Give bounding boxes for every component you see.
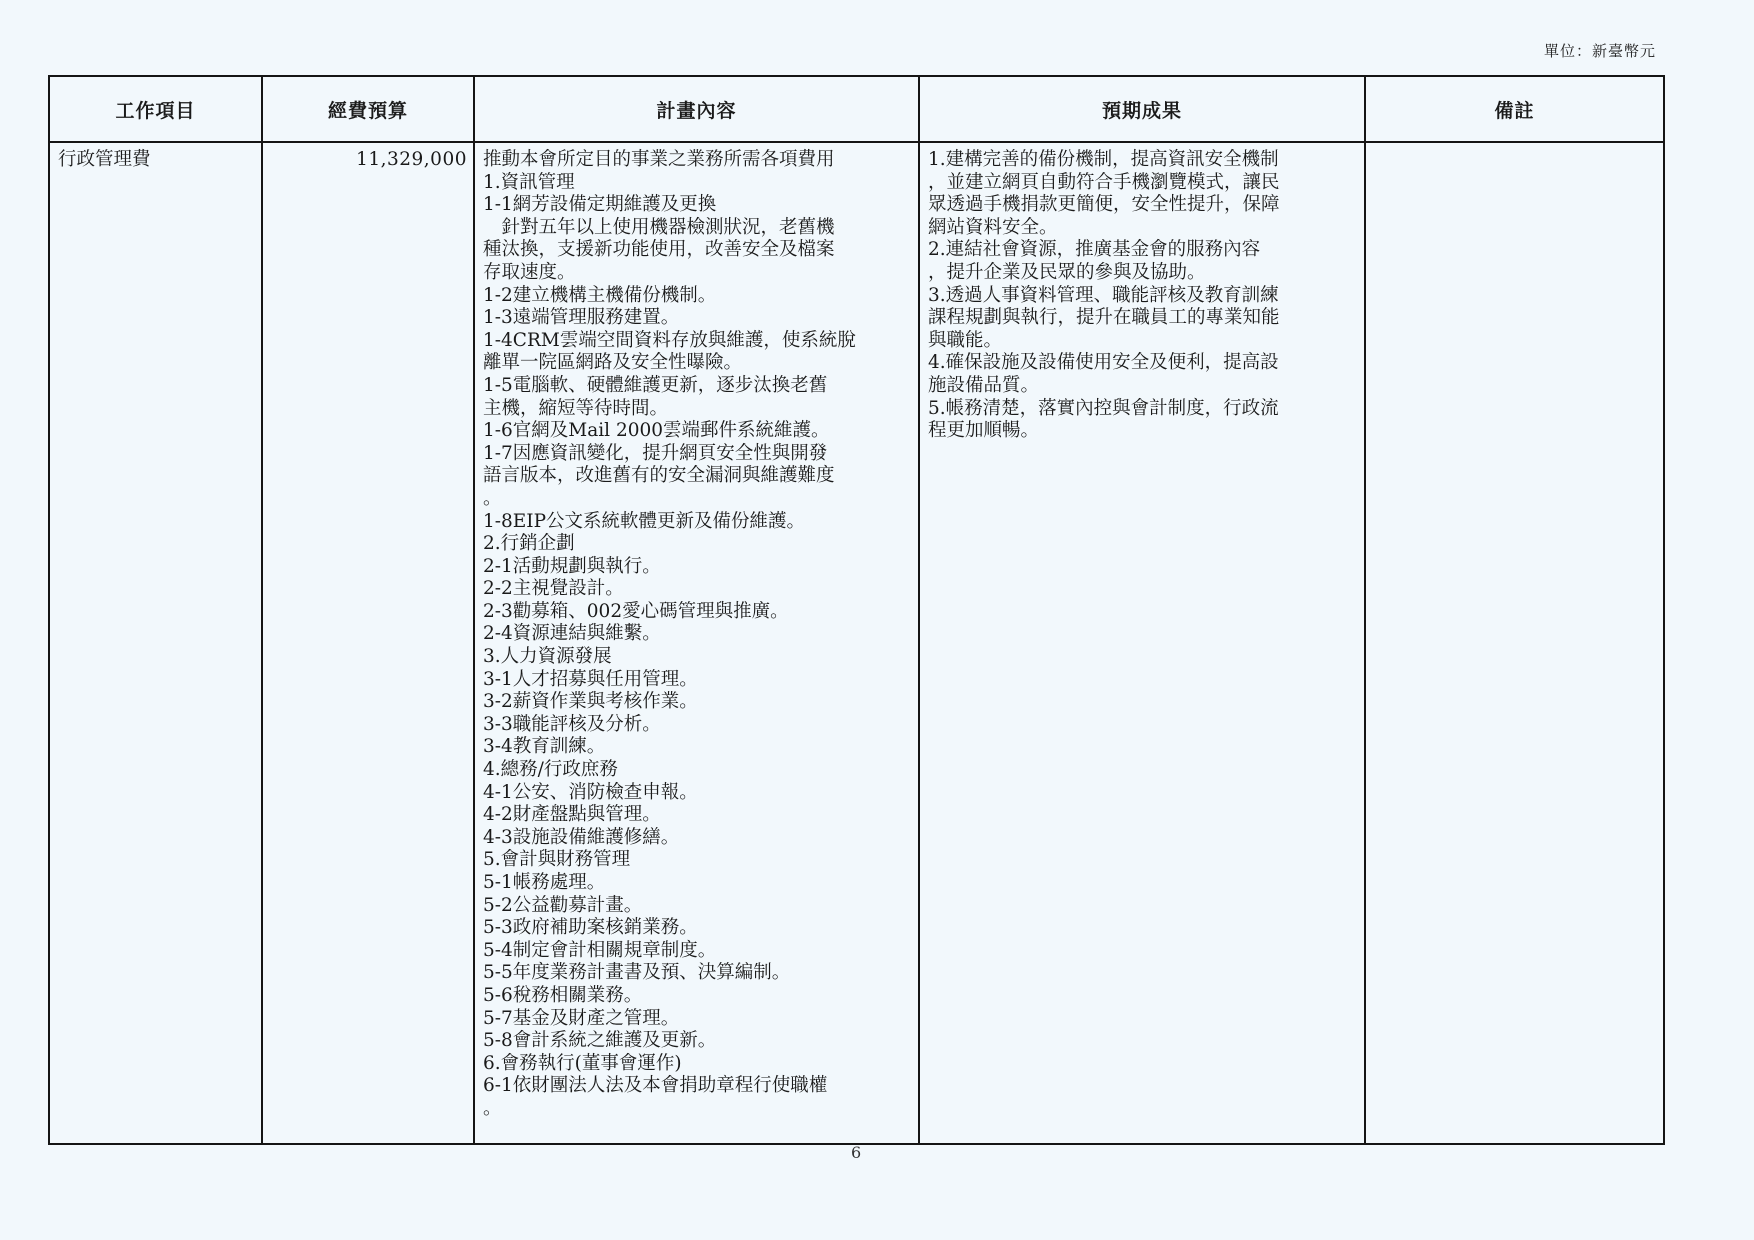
text-line: 5-2公益勸募計畫。 [483,895,912,918]
text-line: 6-1依財團法人法及本會捐助章程行使職權 [483,1075,912,1098]
text-line: 1-5電腦軟、硬體維護更新，逐步汰換老舊 [483,375,912,398]
text-line: 3-1人才招募與任用管理。 [483,669,912,692]
text-line: 5-5年度業務計畫書及預、決算編制。 [483,962,912,985]
text-line: 5.會計與財務管理 [483,849,912,872]
text-line: 程更加順暢。 [928,420,1358,443]
work-item-cell: 行政管理費 [49,142,262,1144]
text-line: 4-1公安、消防檢查申報。 [483,782,912,805]
text-line: 推動本會所定目的事業之業務所需各項費用 [483,149,912,172]
text-line: 種汰換，支援新功能使用，改善安全及檔案 [483,239,912,262]
text-line: 2-2主視覺設計。 [483,578,912,601]
header-work-item: 工作項目 [49,76,262,142]
text-line: 4.確保設施及設備使用安全及便利，提高設 [928,352,1358,375]
text-line: 課程規劃與執行，提升在職員工的專業知能 [928,307,1358,330]
table-row: 行政管理費 11,329,000 推動本會所定目的事業之業務所需各項費用1.資訊… [49,142,1664,1144]
text-line: 4-2財產盤點與管理。 [483,804,912,827]
budget-cell: 11,329,000 [262,142,474,1144]
text-line: 2-4資源連結與維繫。 [483,623,912,646]
text-line: 5-3政府補助案核銷業務。 [483,917,912,940]
text-line: 1-7因應資訊變化，提升網頁安全性與開發 [483,443,912,466]
text-line: 語言版本，改進舊有的安全漏洞與維護難度 [483,465,912,488]
page-number: 6 [851,1143,861,1162]
currency-unit-label: 單位：新臺幣元 [1544,40,1656,61]
text-line: 主機，縮短等待時間。 [483,398,912,421]
text-line: 1.建構完善的備份機制，提高資訊安全機制 [928,149,1358,172]
plan-content-list: 推動本會所定目的事業之業務所需各項費用1.資訊管理1-1網芳設備定期維護及更換 … [475,143,918,1121]
text-line: 2-1活動規劃與執行。 [483,556,912,579]
remarks-text [1366,143,1663,149]
text-line: 1-3遠端管理服務建置。 [483,307,912,330]
text-line: 1-4CRM雲端空間資料存放與維護，使系統脫 [483,330,912,353]
text-line: 3.透過人事資料管理、職能評核及教育訓練 [928,285,1358,308]
remarks-cell [1365,142,1664,1144]
expected-results-cell: 1.建構完善的備份機制，提高資訊安全機制，並建立網頁自動符合手機瀏覽模式，讓民眾… [919,142,1365,1144]
text-line: 5.帳務清楚，落實內控與會計制度，行政流 [928,398,1358,421]
text-line: 與職能。 [928,330,1358,353]
header-remarks: 備註 [1365,76,1664,142]
text-line: 1-2建立機構主機備份機制。 [483,285,912,308]
text-line: 。 [483,1098,912,1121]
text-line: 針對五年以上使用機器檢測狀況，老舊機 [483,217,912,240]
text-line: 4.總務/行政庶務 [483,759,912,782]
text-line: ，提升企業及民眾的參與及協助。 [928,262,1358,285]
text-line: 2.行銷企劃 [483,533,912,556]
work-item-text: 行政管理費 [50,143,261,172]
text-line: 5-8會計系統之維護及更新。 [483,1030,912,1053]
header-budget: 經費預算 [262,76,474,142]
text-line: 6.會務執行(董事會運作) [483,1053,912,1076]
text-line: 施設備品質。 [928,375,1358,398]
text-line: 2-3勸募箱、002愛心碼管理與推廣。 [483,601,912,624]
table-header-row: 工作項目 經費預算 計畫內容 預期成果 備註 [49,76,1664,142]
expected-results-list: 1.建構完善的備份機制，提高資訊安全機制，並建立網頁自動符合手機瀏覽模式，讓民眾… [920,143,1364,443]
header-plan-content: 計畫內容 [474,76,919,142]
text-line: 2.連結社會資源，推廣基金會的服務內容 [928,239,1358,262]
text-line: 3-3職能評核及分析。 [483,714,912,737]
text-line: 5-7基金及財產之管理。 [483,1008,912,1031]
text-line: 1-6官網及Mail 2000雲端郵件系統維護。 [483,420,912,443]
text-line: 1.資訊管理 [483,172,912,195]
text-line: 1-8EIP公文系統軟體更新及備份維護。 [483,511,912,534]
text-line: 。 [483,488,912,511]
text-line: 3-2薪資作業與考核作業。 [483,691,912,714]
text-line: 網站資料安全。 [928,217,1358,240]
text-line: 離單一院區網路及安全性曝險。 [483,352,912,375]
text-line: 5-4制定會計相關規章制度。 [483,940,912,963]
budget-plan-table: 工作項目 經費預算 計畫內容 預期成果 備註 行政管理費 11,329,000 … [48,75,1665,1145]
text-line: 5-1帳務處理。 [483,872,912,895]
text-line: 5-6稅務相關業務。 [483,985,912,1008]
text-line: 存取速度。 [483,262,912,285]
plan-content-cell: 推動本會所定目的事業之業務所需各項費用1.資訊管理1-1網芳設備定期維護及更換 … [474,142,919,1144]
text-line: 3-4教育訓練。 [483,736,912,759]
text-line: 眾透過手機捐款更簡便，安全性提升，保障 [928,194,1358,217]
text-line: ，並建立網頁自動符合手機瀏覽模式，讓民 [928,172,1358,195]
text-line: 3.人力資源發展 [483,646,912,669]
text-line: 1-1網芳設備定期維護及更換 [483,194,912,217]
header-expected-results: 預期成果 [919,76,1365,142]
text-line: 4-3設施設備維護修繕。 [483,827,912,850]
budget-amount: 11,329,000 [263,143,473,172]
